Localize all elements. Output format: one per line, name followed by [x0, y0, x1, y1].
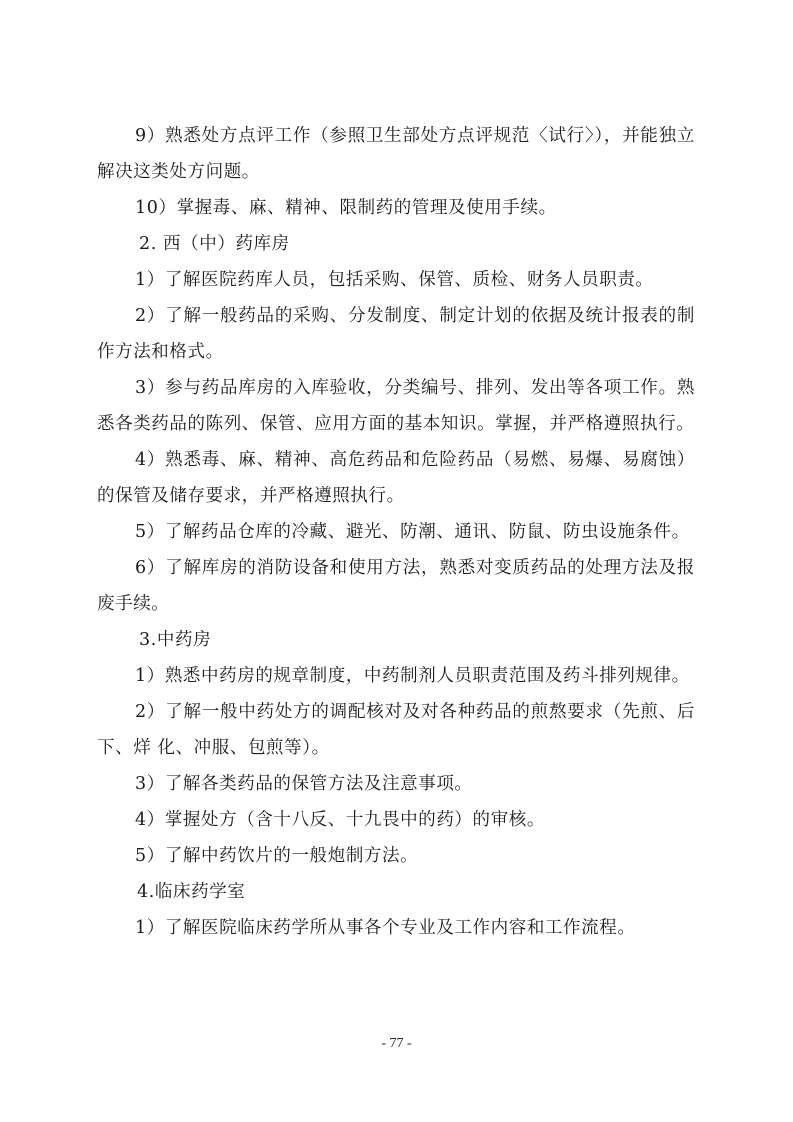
- section-heading: 4.临床药学室: [97, 874, 695, 910]
- paragraph-item: 2）了解一般药品的采购、分发制度、制定计划的依据及统计报表的制作方法和格式。: [97, 298, 695, 370]
- paragraph-item: 2）了解一般中药处方的调配核对及对各种药品的煎熬要求（先煎、后下、烊 化、冲服、…: [97, 694, 695, 766]
- paragraph-item: 3）了解各类药品的保管方法及注意事项。: [97, 766, 695, 802]
- paragraph-item: 1）了解医院临床药学所从事各个专业及工作内容和工作流程。: [97, 910, 695, 946]
- paragraph-item: 1）了解医院药库人员，包括采购、保管、质检、财务人员职责。: [97, 262, 695, 298]
- paragraph-item: 9）熟悉处方点评工作（参照卫生部处方点评规范〈试行〉），并能独立解决这类处方问题…: [97, 118, 695, 190]
- paragraph-item: 1）熟悉中药房的规章制度，中药制剂人员职责范围及药斗排列规律。: [97, 658, 695, 694]
- paragraph-item: 4）熟悉毒、麻、精神、高危药品和危险药品（易燃、易爆、易腐蚀）的保管及储存要求，…: [97, 442, 695, 514]
- paragraph-item: 3）参与药品库房的入库验收，分类编号、排列、发出等各项工作。熟悉各类药品的陈列、…: [97, 370, 695, 442]
- paragraph-item: 5）了解中药饮片的一般炮制方法。: [97, 838, 695, 874]
- paragraph-item: 4）掌握处方（含十八反、十九畏中的药）的审核。: [97, 802, 695, 838]
- page-number: - 77 -: [0, 1036, 793, 1052]
- paragraph-item: 10）掌握毒、麻、精神、限制药的管理及使用手续。: [97, 190, 695, 226]
- document-page: 9）熟悉处方点评工作（参照卫生部处方点评规范〈试行〉），并能独立解决这类处方问题…: [97, 118, 695, 946]
- section-heading: 2. 西（中）药库房: [97, 226, 695, 262]
- section-heading: 3.中药房: [97, 622, 695, 658]
- paragraph-item: 6）了解库房的消防设备和使用方法，熟悉对变质药品的处理方法及报废手续。: [97, 550, 695, 622]
- paragraph-item: 5）了解药品仓库的冷藏、避光、防潮、通讯、防鼠、防虫设施条件。: [97, 514, 695, 550]
